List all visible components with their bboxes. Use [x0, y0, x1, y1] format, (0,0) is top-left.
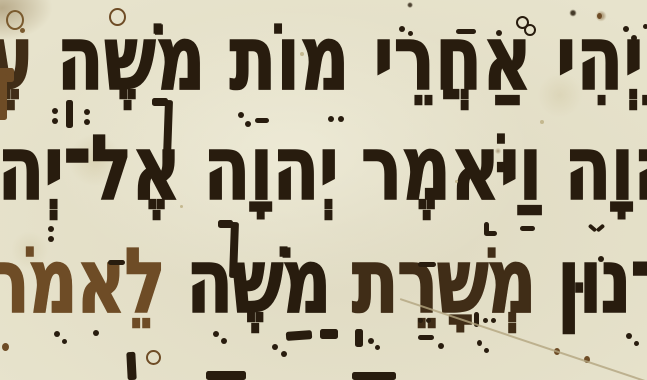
hebrew-text-segment: וַיְהִי אַחֲרֵי מוֹת מֹשֶׁה: [33, 7, 647, 111]
hebrew-text-segment: בִּן־נוּן: [535, 230, 647, 334]
parchment-freckle: [540, 120, 544, 124]
ink-stroke: [126, 352, 136, 380]
ink-dot: [52, 108, 58, 114]
ink-dot: [368, 338, 374, 344]
ink-dot: [623, 26, 629, 32]
parchment-freckle: [300, 52, 304, 56]
masora-circle: [524, 24, 536, 36]
yetiv-mark: [484, 231, 497, 236]
ink-dot: [491, 318, 496, 323]
ink-dot: [221, 338, 227, 344]
ink-dot: [597, 13, 602, 19]
ink-dot: [438, 343, 444, 349]
rafe-dash: [255, 118, 269, 123]
partial-letter: [0, 74, 7, 120]
hebrew-text-segment: יְהוָה וַיֹּאמֶר יְהוָה אֶל־יְהוֹשֻׁעַ: [0, 117, 647, 221]
hebrew-text-line-1: וַיְהִי אַחֲרֵי מוֹת מֹשֶׁה עֶבֶד: [0, 14, 647, 104]
ink-dot: [52, 118, 58, 124]
ink-dot: [20, 28, 25, 33]
ink-dot: [483, 318, 488, 323]
hebrew-text-segment: מְשָׁרֵת: [330, 230, 535, 334]
ink-dot: [634, 341, 639, 346]
ink-dot: [496, 30, 502, 36]
ink-dot: [238, 112, 244, 118]
ink-stroke: [286, 330, 313, 341]
ink-dot: [62, 339, 67, 344]
ink-dot: [598, 256, 604, 262]
ink-stroke: [66, 100, 73, 128]
ink-dot: [408, 31, 413, 36]
ink-dot: [375, 345, 380, 350]
ink-dot: [245, 121, 251, 127]
ink-dot: [426, 318, 431, 323]
ink-dot: [84, 109, 90, 115]
ink-stroke: [320, 329, 338, 339]
manuscript-page: וַיְהִי אַחֲרֵי מוֹת מֹשֶׁה עֶבֶד יְהוָה…: [0, 0, 647, 380]
ink-stroke: [206, 371, 246, 380]
ink-stroke: [352, 372, 396, 380]
ink-dot: [272, 344, 278, 350]
ink-dot: [338, 116, 344, 122]
lamed-ascender-flag: [218, 220, 233, 228]
masora-circle: [6, 10, 24, 30]
rafe-dash: [520, 226, 535, 231]
ink-dot: [2, 343, 9, 351]
ink-dot: [626, 333, 632, 339]
ink-dot: [281, 351, 287, 357]
ink-dot: [48, 226, 54, 232]
hebrew-text-segment: מֹשֶׁה: [165, 230, 331, 334]
rafe-dash: [456, 29, 476, 34]
hebrew-text-segment: לֵאמֹר׃: [0, 230, 165, 334]
hebrew-text-line-2: יְהוָה וַיֹּאמֶר יְהוָה אֶל־יְהוֹשֻׁעַ: [0, 124, 647, 214]
ink-dot: [631, 35, 637, 41]
rafe-dash: [108, 260, 125, 265]
ink-dot: [418, 318, 423, 323]
ink-dot: [54, 331, 60, 337]
rafe-dash: [418, 335, 434, 340]
rafe-dash: [418, 262, 436, 267]
ink-dot: [213, 331, 219, 337]
ink-dot: [93, 330, 99, 336]
lamed-ascender-flag: [152, 98, 168, 106]
parchment-freckle: [455, 180, 458, 183]
ink-dot: [477, 340, 482, 346]
ink-dot: [643, 24, 647, 29]
hebrew-text-line-3: בִּן־נוּן מְשָׁרֵת מֹשֶׁה לֵאמֹר׃: [0, 237, 647, 327]
masora-circle: [109, 8, 126, 26]
ink-dot: [484, 348, 489, 353]
ink-dot: [328, 116, 334, 122]
ink-dot: [48, 236, 54, 242]
ink-dot: [399, 26, 405, 32]
masora-circle: [146, 350, 161, 365]
ink-dot: [84, 119, 90, 125]
parchment-freckle: [180, 205, 183, 208]
ink-stroke: [355, 329, 363, 347]
